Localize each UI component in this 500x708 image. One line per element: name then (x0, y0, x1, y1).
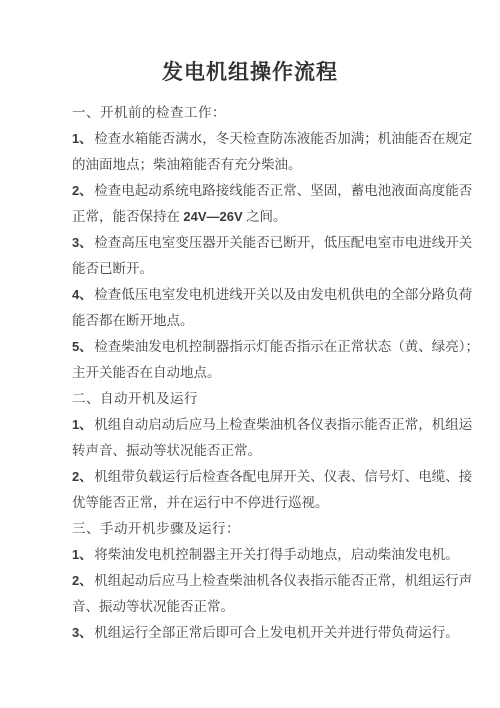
list-item-line: 能否都在断开地点。 (72, 308, 452, 334)
list-item-line: 能否已断开。 (72, 256, 452, 282)
document-page: 发电机组操作流程 一、开机前的检查工作： 1、检查水箱能否满水，冬天检查防冻液能… (0, 0, 500, 708)
item-number: 3、 (72, 235, 92, 250)
item-text: 机组带负载运行后检查各配电屏开关、仪表、信号灯、电缆、接 (94, 469, 472, 484)
item-number: 2、 (72, 183, 92, 198)
list-item-line: 3、机组运行全部正常后即可合上发电机开关并进行带负荷运行。 (72, 620, 452, 646)
list-item-line: 转声音、振动等状况能否正常。 (72, 438, 452, 464)
list-item-line: 3、检查高压电室变压器开关能否已断开，低压配电室市电进线开关 (72, 230, 452, 256)
item-text: 主开关能否在自动地点。 (72, 365, 221, 380)
item-text: 机组自动启动后应马上检查柴油机各仪表指示能否正常，机组运 (94, 417, 472, 432)
list-item-line: 主开关能否在自动地点。 (72, 360, 452, 386)
list-item-line: 的油面地点；柴油箱能否有充分柴油。 (72, 152, 452, 178)
list-item-line: 音、振动等状况能否正常。 (72, 594, 452, 620)
item-number: 1、 (72, 417, 92, 432)
item-text: 能否已断开。 (72, 261, 153, 276)
list-item-line: 2、机组带负载运行后检查各配电屏开关、仪表、信号灯、电缆、接 (72, 464, 452, 490)
list-item-line: 2、机组起动后应马上检查柴油机各仪表指示能否正常，机组运行声 (72, 568, 452, 594)
item-text: 优等能否正常，并在运行中不停进行巡视。 (72, 495, 329, 510)
item-number: 2、 (72, 469, 92, 484)
section-heading: 二、自动开机及运行 (72, 386, 452, 412)
doc-title: 发电机组操作流程 (0, 56, 500, 88)
item-text: 检查水箱能否满水，冬天检查防冻液能否加满；机油能否在规定 (94, 131, 472, 146)
list-item-line: 1、机组自动启动后应马上检查柴油机各仪表指示能否正常，机组运 (72, 412, 452, 438)
list-item-line: 正常，能否保持在 24V—26V 之间。 (72, 204, 452, 230)
section-heading: 一、开机前的检查工作： (72, 100, 452, 126)
item-text: 检查柴油发电机控制器指示灯能否指示在正常状态（黄、绿亮）； (94, 339, 479, 354)
item-text: 之间。 (243, 209, 287, 224)
item-text: 检查高压电室变压器开关能否已断开，低压配电室市电进线开关 (94, 235, 472, 250)
item-text: 的油面地点；柴油箱能否有充分柴油。 (72, 157, 302, 172)
list-item-line: 2、检查电起动系统电路接线能否正常、坚固，蓄电池液面高度能否 (72, 178, 452, 204)
list-item-line: 5、检查柴油发电机控制器指示灯能否指示在正常状态（黄、绿亮）； (72, 334, 452, 360)
item-text: 音、振动等状况能否正常。 (72, 599, 234, 614)
item-number: 4、 (72, 287, 92, 302)
section-heading: 三、手动开机步骤及运行： (72, 516, 452, 542)
list-item-line: 优等能否正常，并在运行中不停进行巡视。 (72, 490, 452, 516)
item-text: 机组运行全部正常后即可合上发电机开关并进行带负荷运行。 (94, 625, 459, 640)
item-number: 3、 (72, 625, 92, 640)
item-text: 机组起动后应马上检查柴油机各仪表指示能否正常，机组运行声 (94, 573, 472, 588)
item-number: 1、 (72, 131, 92, 146)
doc-body: 一、开机前的检查工作： 1、检查水箱能否满水，冬天检查防冻液能否加满；机油能否在… (0, 100, 500, 646)
item-text: 正常，能否保持在 (72, 209, 183, 224)
list-item-line: 1、检查水箱能否满水，冬天检查防冻液能否加满；机油能否在规定 (72, 126, 452, 152)
item-text: 检查电起动系统电路接线能否正常、坚固，蓄电池液面高度能否 (94, 183, 472, 198)
item-text: 能否都在断开地点。 (72, 313, 194, 328)
item-number: 2、 (72, 573, 92, 588)
item-number: 5、 (72, 339, 92, 354)
item-number: 1、 (72, 547, 92, 562)
item-text: 检查低压电室发电机进线开关以及由发电机供电的全部分路负荷 (94, 287, 472, 302)
list-item-line: 4、检查低压电室发电机进线开关以及由发电机供电的全部分路负荷 (72, 282, 452, 308)
list-item-line: 1、将柴油发电机控制器主开关打得手动地点，启动柴油发电机。 (72, 542, 452, 568)
item-text: 转声音、振动等状况能否正常。 (72, 443, 261, 458)
voltage-range-value: 24V—26V (183, 209, 242, 224)
item-text: 将柴油发电机控制器主开关打得手动地点，启动柴油发电机。 (94, 547, 459, 562)
